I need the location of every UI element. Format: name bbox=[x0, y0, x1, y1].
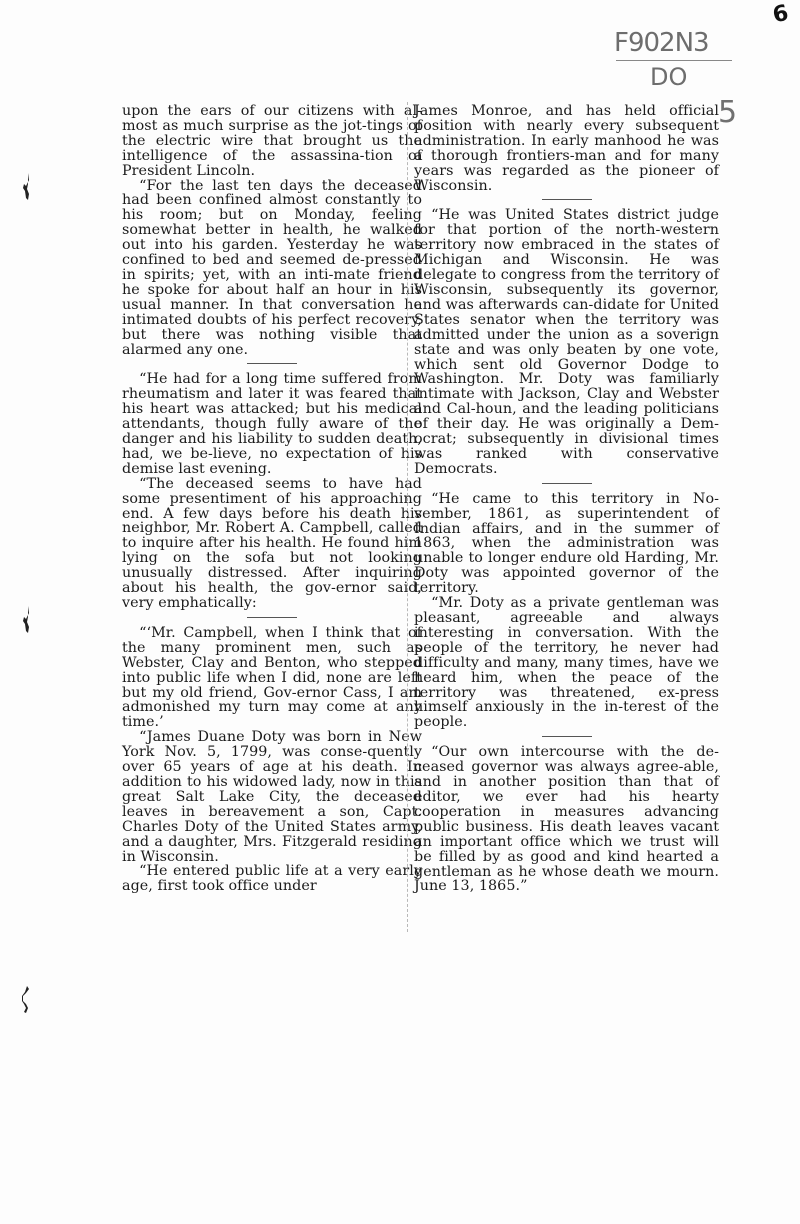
binder-clip-mark-icon bbox=[20, 172, 32, 202]
handwritten-call-number: F902N3 bbox=[614, 28, 709, 58]
article-paragraph: “James Duane Doty was born in New York N… bbox=[122, 730, 422, 864]
section-separator-rule bbox=[247, 363, 297, 364]
clipping-page: 6 F902N3 DO 5 upon the ears of our citiz… bbox=[0, 0, 800, 1224]
article-paragraph: “For the last ten days the deceased had … bbox=[122, 179, 422, 358]
article-paragraph: upon the ears of our citizens with al-mo… bbox=[122, 104, 422, 179]
article-paragraph: “He entered public life at a very early … bbox=[122, 864, 422, 894]
section-separator-rule bbox=[542, 199, 592, 200]
binder-clip-mark-icon bbox=[20, 985, 32, 1015]
article-paragraph: “He was United States district judge for… bbox=[414, 208, 719, 476]
section-separator-rule bbox=[542, 483, 592, 484]
section-separator-rule bbox=[542, 736, 592, 737]
article-column-right: James Monroe, and has held official posi… bbox=[414, 104, 719, 894]
article-paragraph: “‘Mr. Campbell, when I think that of the… bbox=[122, 626, 422, 730]
handwritten-call-suffix: DO bbox=[650, 63, 687, 91]
article-paragraph: James Monroe, and has held official posi… bbox=[414, 104, 719, 193]
article-paragraph: “Our own intercourse with the de-ceased … bbox=[414, 745, 719, 894]
call-number-divider-line bbox=[616, 60, 732, 61]
article-paragraph: “He came to this territory in No-vember,… bbox=[414, 492, 719, 596]
article-paragraph: “Mr. Doty as a private gentleman was ple… bbox=[414, 596, 719, 730]
handwritten-page-number-top: 6 bbox=[771, 1, 791, 29]
column-divider bbox=[407, 102, 408, 932]
section-separator-rule bbox=[247, 617, 297, 618]
article-paragraph: “The deceased seems to have had some pre… bbox=[122, 477, 422, 611]
article-paragraph: “He had for a long time suffered from rh… bbox=[122, 372, 422, 476]
article-column-left: upon the ears of our citizens with al-mo… bbox=[122, 104, 422, 894]
binder-clip-mark-icon bbox=[20, 605, 32, 635]
handwritten-page-number-side: 5 bbox=[718, 95, 737, 130]
